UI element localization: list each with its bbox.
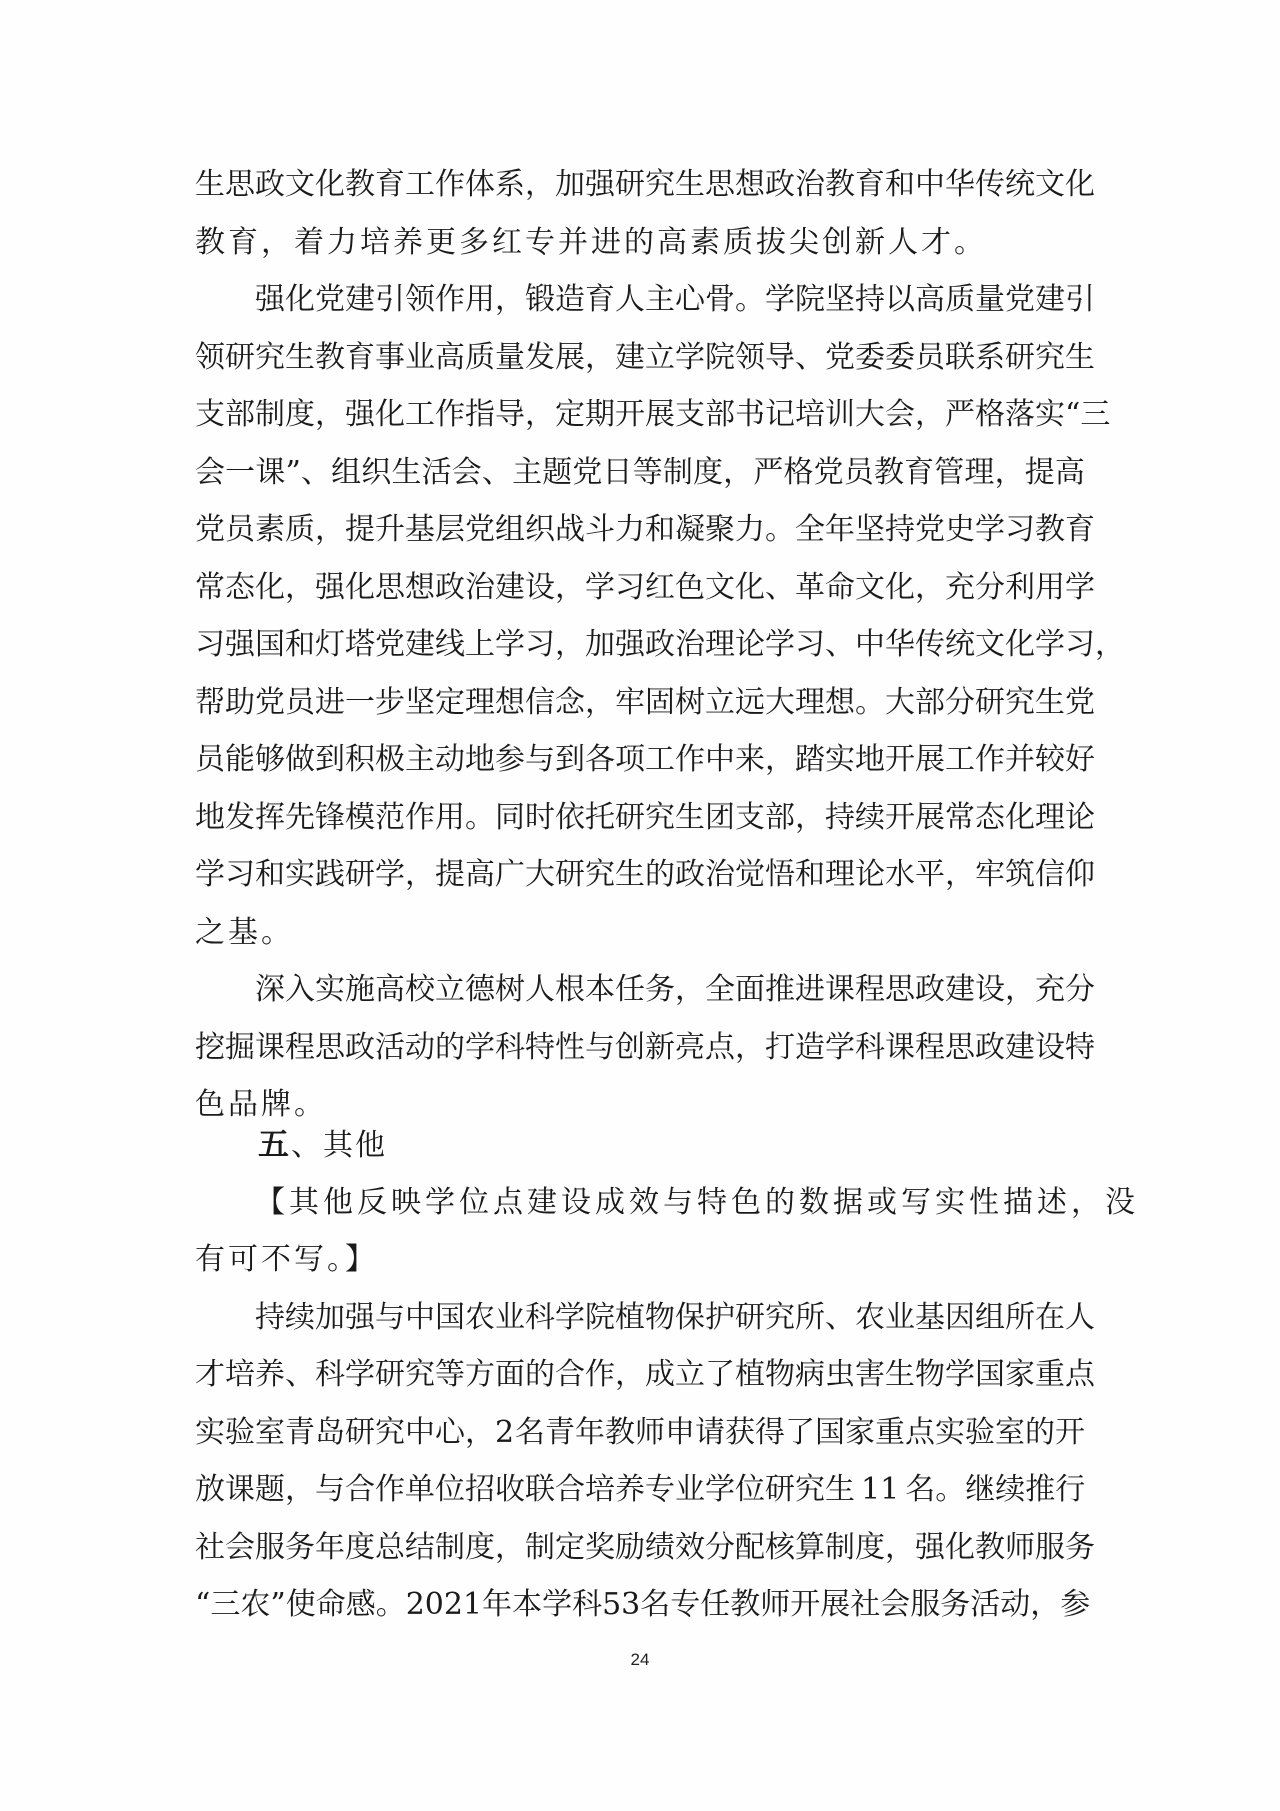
- section-title: 其他: [323, 1128, 387, 1163]
- section-number: 五: [258, 1127, 291, 1163]
- paragraph-line: 挖掘课程思政活动的学科特性与创新亮点，打造学科课程思政建设特: [195, 1028, 1085, 1068]
- instruction-note-line: 有可不写。】: [195, 1240, 1085, 1280]
- section-separator: 、: [291, 1128, 323, 1163]
- paragraph-line: 持续加强与中国农业科学院植物保护研究所、农业基因组所在人: [255, 1298, 1085, 1338]
- paragraph-line: 常态化，强化思想政治建设，学习红色文化、革命文化，充分利用学: [195, 568, 1085, 608]
- instruction-note-line: 【其他反映学位点建设成效与特色的数据或写实性描述，没: [255, 1183, 1085, 1223]
- paragraph-line: 教育，着力培养更多红专并进的高素质拔尖创新人才。: [195, 223, 1085, 263]
- document-page: 生思政文化教育工作体系，加强研究生思想政治教育和中华传统文化 教育，着力培养更多…: [0, 0, 1280, 1811]
- paragraph-line: 实验室青岛研究中心，2 名青年教师申请获得了国家重点实验室的开: [195, 1413, 1085, 1453]
- paragraph-line: 放课题，与合作单位招收联合培养专业学位研究生 11 名。继续推行: [195, 1470, 1085, 1510]
- paragraph-line: “三农”使命感。2021 年本学科 53 名专任教师开展社会服务活动，参: [195, 1585, 1085, 1625]
- paragraph-line: 会一课”、组织生活会、主题党日等制度，严格党员教育管理，提高: [195, 453, 1085, 493]
- paragraph-line: 才培养、科学研究等方面的合作，成立了植物病虫害生物学国家重点: [195, 1355, 1085, 1395]
- paragraph-line: 色品牌。: [195, 1085, 1085, 1125]
- paragraph-line: 生思政文化教育工作体系，加强研究生思想政治教育和中华传统文化: [195, 165, 1085, 205]
- paragraph-line: 领研究生教育事业高质量发展，建立学院领导、党委委员联系研究生: [195, 338, 1085, 378]
- section-heading: 五、其他: [258, 1125, 387, 1165]
- paragraph-line: 习强国和灯塔党建线上学习，加强政治理论学习、中华传统文化学习，: [195, 625, 1085, 665]
- paragraph-line: 学习和实践研学，提高广大研究生的政治觉悟和理论水平，牢筑信仰: [195, 855, 1085, 895]
- paragraph-line: 地发挥先锋模范作用。同时依托研究生团支部，持续开展常态化理论: [195, 798, 1085, 838]
- paragraph-line: 帮助党员进一步坚定理想信念，牢固树立远大理想。大部分研究生党: [195, 683, 1085, 723]
- paragraph-line: 深入实施高校立德树人根本任务，全面推进课程思政建设，充分: [255, 970, 1085, 1010]
- paragraph-line: 员能够做到积极主动地参与到各项工作中来，踏实地开展工作并较好: [195, 740, 1085, 780]
- paragraph-line: 之基。: [195, 913, 1085, 953]
- paragraph-line: 社会服务年度总结制度，制定奖励绩效分配核算制度，强化教师服务: [195, 1528, 1085, 1568]
- paragraph-line: 支部制度，强化工作指导，定期开展支部书记培训大会，严格落实“三: [195, 395, 1085, 435]
- paragraph-line: 党员素质，提升基层党组织战斗力和凝聚力。全年坚持党史学习教育: [195, 510, 1085, 550]
- paragraph-line: 强化党建引领作用，锻造育人主心骨。学院坚持以高质量党建引: [255, 280, 1085, 320]
- page-number: 24: [0, 1650, 1280, 1670]
